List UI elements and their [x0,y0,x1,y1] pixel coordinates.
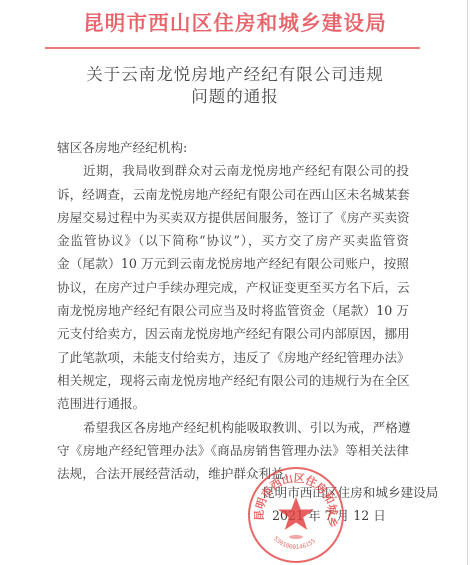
salutation: 辖区各房地产经纪机构: [57,136,409,159]
paragraph-2: 希望我区各房地产经纪机构能吸取教训、引以为戒，严格遵 守《房地产经纪管理办法》《… [57,416,409,486]
seal-emblem-mark [289,535,303,539]
paragraph-line: 诉，经调查，云南龙悦房地产经纪有限公司在西山区未名城某套 [57,183,409,206]
official-seal: 昆明市西山区住房和城乡建设局 5301000146155 [248,467,344,563]
paragraph-line: 希望我区各房地产经纪机构能吸取教训、引以为戒，严格遵 [57,416,409,439]
paragraph-line: 相关规定，现将云南龙悦房地产经纪有限公司的违规行为在全区 [57,369,409,392]
paragraph-line: 协议，在房产过户手续办理完成，产权证变更至买方名下后，云 [57,276,409,299]
paragraph-line: 元支付给卖方，因云南龙悦房地产经纪有限公司内部原因，挪用 [57,322,409,345]
document-title-line-2: 问题的通报 [0,86,470,108]
paragraph-line: 范围进行通报。 [57,392,409,415]
paragraph-1: 近期，我局收到群众对云南龙悦房地产经纪有限公司的投 诉，经调查，云南龙悦房地产经… [57,159,409,415]
paragraph-line: 守《房地产经纪管理办法》《商品房销售管理办法》等相关法律 [57,439,409,462]
document-title-line-1: 关于云南龙悦房地产经纪有限公司违规 [0,64,470,86]
paragraph-line: 近期，我局收到群众对云南龙悦房地产经纪有限公司的投 [57,159,409,182]
star-icon [278,497,314,530]
agency-letterhead: 昆明市西山区住房和城乡建设局 [0,6,470,36]
document-body: 辖区各房地产经纪机构: 近期，我局收到群众对云南龙悦房地产经纪有限公司的投 诉，… [57,136,409,485]
paragraph-line: 了此笔款项，未能支付给卖方，违反了《房地产经纪管理办法》 [57,346,409,369]
paragraph-line: 金监管协议》（以下简称“协议”），买方交了房产买卖监管资 [57,229,409,252]
paragraph-line: 房屋交易过程中为买卖双方提供居间服务，签订了《房产买卖资 [57,206,409,229]
paragraph-line: 南龙悦房地产经纪有限公司应当及时将监管资金（尾款）10 万 [57,299,409,322]
document-title: 关于云南龙悦房地产经纪有限公司违规 问题的通报 [0,64,470,108]
red-header-rule [45,47,420,49]
paragraph-line: 金（尾款）10 万元到云南龙悦房地产经纪有限公司账户，按照 [57,252,409,275]
seal-graphic: 昆明市西山区住房和城乡建设局 5301000146155 [248,467,344,563]
